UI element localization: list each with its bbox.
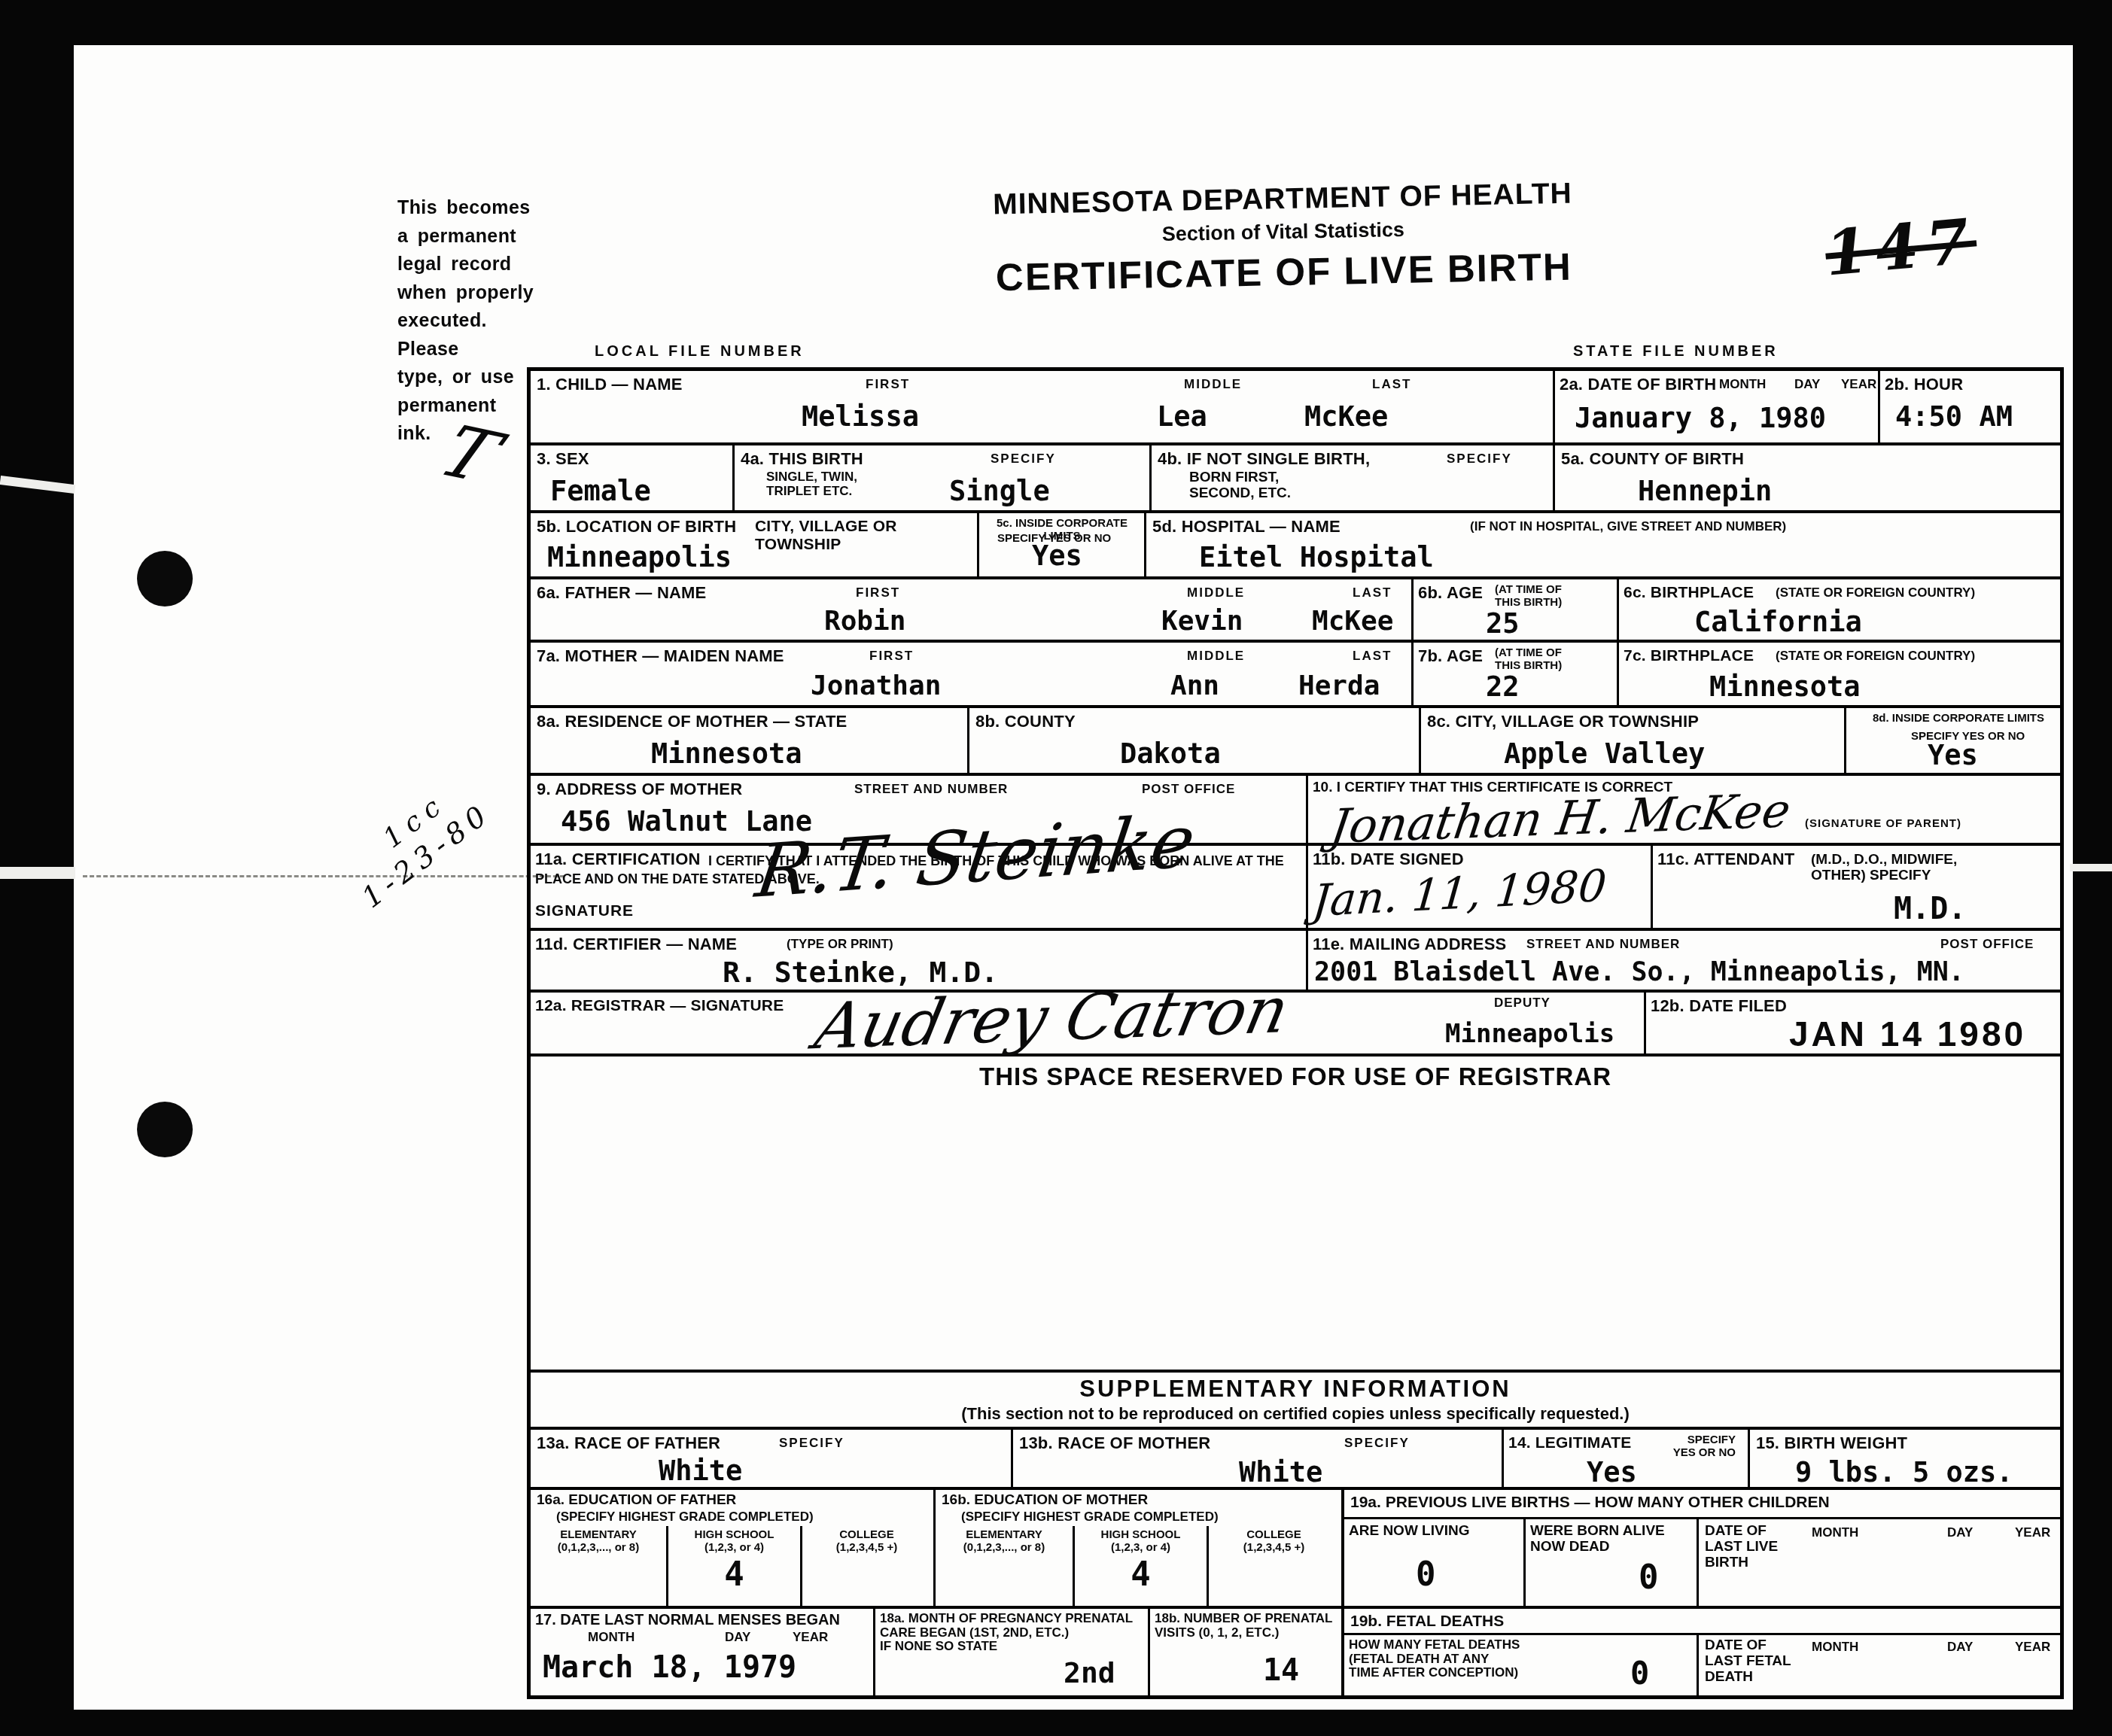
document-header: MINNESOTA DEPARTMENT OF HEALTH Section o… [944,176,1624,300]
this-birth-value: Single [949,477,1050,505]
column-head-year: YEAR [793,1630,828,1644]
column-head: (1,2,3,4,5 +) [1209,1542,1339,1555]
field-label: 7c. BIRTHPLACE [1624,647,1754,665]
field-date-filed: 12b. DATE FILED JAN 14 1980 [1644,993,2068,1053]
bottom-right-block: 19a. PREVIOUS LIVE BIRTHS — HOW MANY OTH… [1341,1490,2060,1695]
field-prenatal-care-began: 18a. MONTH OF PREGNANCY PRENATAL CARE BE… [873,1609,1148,1698]
residence-state-value: Minnesota [651,740,802,768]
attendant-value: M.D. [1894,894,1966,924]
child-middle-name: Lea [1157,403,1207,430]
location-of-birth-value: Minneapolis [547,543,732,571]
column-head-middle: MIDDLE [1187,649,1245,663]
column-head-last: LAST [1353,649,1392,663]
column-head-specify: SPECIFY [991,451,1056,466]
child-last-name: McKee [1304,403,1388,430]
column-head-day: DAY [1947,1640,1973,1654]
field-sublabel: (IF NOT IN HOSPITAL, GIVE STREET AND NUM… [1470,519,1786,534]
father-middle-name: Kevin [1161,608,1243,635]
column-head-post-office: POST OFFICE [1940,937,2034,951]
field-label: ARE NOW LIVING [1349,1524,1469,1540]
county-of-birth-value: Hennepin [1638,477,1772,505]
hole-punch-icon [137,551,193,607]
birth-weight-value: 9 lbs. 5 ozs. [1795,1458,2013,1486]
field-label: 15. BIRTH WEIGHT [1756,1434,1907,1453]
field-race-of-mother: 13b. RACE OF MOTHER SPECIFY White [1011,1430,1502,1487]
field-attendant-certification: 11a. CERTIFICATION I CERTIFY THAT I ATTE… [531,846,1306,928]
field-sublabel: (TYPE OR PRINT) [787,937,893,951]
field-hour: 2b. HOUR 4:50 AM [1878,371,2068,442]
field-label: 12b. DATE FILED [1651,997,1787,1016]
column-head-specify: SPECIFY [1447,451,1512,466]
field-label: 11d. CERTIFIER — NAME [535,935,737,954]
column-head: (0,1,2,3,..., or 8) [936,1542,1073,1555]
field-date-last-menses: 17. DATE LAST NORMAL MENSES BEGAN MONTH … [531,1609,873,1698]
certificate-form: LOCAL FILE NUMBER STATE FILE NUMBER 1. C… [527,340,2064,1699]
field-this-birth: 4a. THIS BIRTH SINGLE, TWIN, TRIPLET ETC… [732,445,1149,510]
column-head: (1,2,3, or 4) [1075,1542,1207,1555]
local-file-number-label: LOCAL FILE NUMBER [595,343,805,360]
column-head-month: MONTH [1719,377,1766,391]
field-label: 19b. FETAL DEATHS [1350,1613,1504,1630]
column-head-day: DAY [725,1630,750,1644]
column-head-specify: SPECIFY [1344,1436,1410,1450]
corporate-limits-birth-value: Yes [1032,542,1082,570]
hour-value: 4:50 AM [1895,403,2013,430]
field-sublabel: CITY, VILLAGE OR TOWNSHIP [755,518,897,553]
field-attendant-type: 11c. ATTENDANT (M.D., D.O., MIDWIFE, OTH… [1651,846,2063,928]
menses-date-value: March 18, 1979 [543,1652,796,1683]
field-residence-city: 8c. CITY, VILLAGE OR TOWNSHIP Apple Vall… [1419,708,1844,773]
field-label: 8b. COUNTY [975,713,1076,731]
column-head-year: YEAR [2015,1525,2050,1540]
field-label: 8c. CITY, VILLAGE OR TOWNSHIP [1427,713,1699,731]
field-label: 6c. BIRTHPLACE [1624,584,1754,602]
column-head-day: DAY [1794,377,1820,391]
field-inside-corporate-limits-residence: 8d. INSIDE CORPORATE LIMITS SPECIFY YES … [1844,708,2068,773]
father-age-value: 25 [1486,610,1520,637]
column-head-year: YEAR [2015,1640,2050,1654]
edu-mother-elementary: ELEMENTARY (0,1,2,3,..., or 8) [936,1526,1073,1606]
deputy-value: Minneapolis [1445,1021,1614,1047]
field-label: 16a. EDUCATION OF FATHER [537,1493,736,1509]
field-mother-birthplace: 7c. BIRTHPLACE (STATE OR FOREIGN COUNTRY… [1617,643,2066,705]
field-label: 1. CHILD — NAME [537,375,683,394]
registrar-signature: Audrey Catron [810,978,1294,1059]
field-location-of-birth: 5b. LOCATION OF BIRTH CITY, VILLAGE OR T… [531,513,977,576]
field-father-birthplace: 6c. BIRTHPLACE (STATE OR FOREIGN COUNTRY… [1617,579,2066,640]
field-sublabel: BORN FIRST, SECOND, ETC. [1189,470,1291,502]
signature-label: SIGNATURE [535,902,634,920]
race-of-mother-value: White [1239,1458,1322,1486]
field-label: 16b. EDUCATION OF MOTHER [942,1493,1148,1509]
column-head: HIGH SCHOOL [1075,1529,1207,1542]
file-number-stamp: 147 [1823,210,1980,284]
field-label: 13a. RACE OF FATHER [537,1434,720,1453]
column-head-month: MONTH [1812,1525,1858,1540]
field-sublabel: SINGLE, TWIN, TRIPLET ETC. [766,470,909,498]
field-sublabel: (AT TIME OF THIS BIRTH) [1495,584,1562,609]
edu-mother-high-school-value: 4 [1075,1558,1207,1592]
prenatal-care-began-value: 2nd [1064,1658,1115,1687]
column-head: (1,2,3,4,5 +) [802,1542,931,1555]
field-hospital-name: 5d. HOSPITAL — NAME (IF NOT IN HOSPITAL,… [1144,513,2062,576]
field-sublabel: (AT TIME OF THIS BIRTH) [1495,647,1562,672]
field-sublabel: (SPECIFY HIGHEST GRADE COMPLETED) [556,1509,814,1524]
field-sublabel: (STATE OR FOREIGN COUNTRY) [1776,649,1975,663]
column-head-middle: MIDDLE [1184,377,1242,391]
column-head-month: MONTH [1812,1640,1858,1654]
father-first-name: Robin [824,608,905,635]
mother-age-value: 22 [1486,673,1520,701]
field-label: 5d. HOSPITAL — NAME [1152,518,1341,537]
edu-mother-high-school: HIGH SCHOOL (1,2,3, or 4) 4 [1073,1526,1207,1606]
column-head: (0,1,2,3,..., or 8) [531,1542,666,1555]
column-head-year: YEAR [1841,377,1876,391]
field-label: 7a. MOTHER — MAIDEN NAME [537,647,784,666]
field-sublabel: CARE BEGAN (1ST, 2ND, ETC.) [880,1626,1148,1640]
field-label: 5a. COUNTY OF BIRTH [1561,450,1744,469]
column-head: ELEMENTARY [936,1529,1073,1542]
child-first-name: Melissa [802,403,919,430]
field-sublabel: IF NONE SO STATE [880,1640,1148,1654]
father-birthplace-value: California [1694,608,1862,636]
supplementary-subtitle: (This section not to be reproduced on ce… [531,1404,2060,1424]
field-label: 18a. MONTH OF PREGNANCY PRENATAL [880,1612,1148,1626]
field-label: 17. DATE LAST NORMAL MENSES BEGAN [535,1612,840,1628]
field-label: 7b. AGE [1418,647,1483,666]
deputy-label: DEPUTY [1494,996,1551,1010]
mailing-address-value: 2001 Blaisdell Ave. So., Minneapolis, MN… [1314,959,1964,986]
field-label: 13b. RACE OF MOTHER [1019,1434,1210,1453]
residence-county-value: Dakota [1120,740,1221,768]
field-county-of-birth: 5a. COUNTY OF BIRTH Hennepin [1553,445,2066,510]
field-label: 2b. HOUR [1885,375,1963,394]
fetal-deaths-value: 0 [1630,1658,1649,1689]
residence-city-value: Apple Valley [1504,740,1705,768]
mother-birthplace-value: Minnesota [1709,673,1860,701]
bottom-left-block: 16a. EDUCATION OF FATHER (SPECIFY HIGHES… [531,1490,1341,1695]
registrar-reserved-space: THIS SPACE RESERVED FOR USE OF REGISTRAR [531,1056,2060,1370]
field-label: 9. ADDRESS OF MOTHER [537,780,742,799]
field-label: 4a. THIS BIRTH [741,450,863,469]
column-head: COLLEGE [1209,1529,1339,1542]
field-sublabel: (M.D., D.O., MIDWIFE, OTHER) SPECIFY [1811,852,1957,884]
field-label: 19a. PREVIOUS LIVE BIRTHS — HOW MANY OTH… [1350,1494,1830,1511]
field-legitimate: 14. LEGITIMATE SPECIFY YES OR NO Yes [1502,1430,1748,1487]
certifier-name-value: R. Steinke, M.D. [723,958,998,987]
scanned-document: This becomes a permanent legal record wh… [0,0,2112,1736]
supplementary-header: SUPPLEMENTARY INFORMATION (This section … [531,1373,2060,1427]
field-children-now-living: ARE NOW LIVING 0 [1344,1519,1523,1606]
column-head-street: STREET AND NUMBER [854,782,1008,796]
scan-streak [0,867,75,879]
field-label: 5b. LOCATION OF BIRTH [537,518,736,537]
column-head-last: LAST [1353,585,1392,600]
column-head-last: LAST [1372,377,1411,391]
field-sublabel: (STATE OR FOREIGN COUNTRY) [1776,585,1975,600]
supplementary-title: SUPPLEMENTARY INFORMATION [531,1376,2060,1403]
mother-last-name: Herda [1298,673,1380,700]
field-child-name: 1. CHILD — NAME FIRST MIDDLE LAST Meliss… [531,371,1553,442]
column-head-specify: SPECIFY [779,1436,844,1450]
field-label: WERE BORN ALIVE NOW DEAD [1530,1524,1665,1555]
scan-streak [0,476,75,494]
field-label: 11e. MAILING ADDRESS [1313,935,1506,954]
field-sex: 3. SEX Female [531,445,732,510]
children-now-living-value: 0 [1416,1558,1436,1592]
fetal-deaths-header: 19b. FETAL DEATHS [1344,1606,2060,1633]
mother-middle-name: Ann [1170,673,1219,700]
field-if-not-single-birth: 4b. IF NOT SINGLE BIRTH, BORN FIRST, SEC… [1149,445,1553,510]
field-birth-weight: 15. BIRTH WEIGHT 9 lbs. 5 ozs. [1748,1430,2060,1487]
column-head: COLLEGE [802,1529,931,1542]
field-date-signed: 11b. DATE SIGNED Jan. 11, 1980 [1306,846,1651,928]
field-label: DATE OF LAST FETAL DEATH [1705,1638,1791,1686]
column-head-month: MONTH [588,1630,635,1644]
field-label: DATE OF LAST LIVE BIRTH [1705,1524,1778,1571]
edu-father-high-school: HIGH SCHOOL (1,2,3, or 4) 4 [666,1526,800,1606]
field-date-of-birth: 2a. DATE OF BIRTH MONTH DAY YEAR January… [1553,371,1878,442]
field-label: 8a. RESIDENCE OF MOTHER — STATE [537,713,847,731]
field-education-of-mother: 16b. EDUCATION OF MOTHER (SPECIFY HIGHES… [933,1490,1341,1606]
field-label: HOW MANY FETAL DEATHS (FETAL DEATH AT AN… [1349,1638,1520,1680]
date-signed-value: Jan. 11, 1980 [1311,864,1608,923]
field-sublabel: VISITS (0, 1, 2, ETC.) [1155,1626,1341,1640]
field-label: 2a. DATE OF BIRTH [1560,375,1716,394]
edu-mother-college: COLLEGE (1,2,3,4,5 +) [1207,1526,1339,1606]
column-head-post-office: POST OFFICE [1142,782,1235,796]
field-label: 12a. REGISTRAR — SIGNATURE [535,997,784,1015]
prenatal-visits-value: 14 [1263,1655,1299,1686]
column-head-street: STREET AND NUMBER [1526,937,1680,951]
column-head-first: FIRST [869,649,914,663]
edu-father-high-school-value: 4 [668,1558,800,1592]
field-father-name: 6a. FATHER — NAME FIRST MIDDLE LAST Robi… [531,579,1411,640]
form-grid: 1. CHILD — NAME FIRST MIDDLE LAST Meliss… [527,367,2064,1699]
date-filed-stamp: JAN 14 1980 [1789,1014,2026,1054]
legitimate-value: Yes [1587,1458,1637,1486]
corporate-limits-residence-value: Yes [1928,741,1978,769]
column-head: HIGH SCHOOL [668,1529,800,1542]
parent-signature: Jonathan H. McKee [1328,787,1794,850]
date-of-birth-value: January 8, 1980 [1575,404,1826,432]
born-alive-now-dead-value: 0 [1639,1561,1659,1595]
field-mother-age: 7b. AGE (AT TIME OF THIS BIRTH) 22 [1411,643,1617,705]
edu-father-college: COLLEGE (1,2,3,4,5 +) [800,1526,931,1606]
field-residence-state: 8a. RESIDENCE OF MOTHER — STATE Minnesot… [531,708,967,773]
hospital-name-value: Eitel Hospital [1199,543,1434,571]
field-registrar-signature: 12a. REGISTRAR — SIGNATURE Audrey Catron… [531,993,1644,1053]
sex-value: Female [550,477,651,505]
field-label: 18b. NUMBER OF PRENATAL [1155,1612,1341,1626]
state-file-number-label: STATE FILE NUMBER [1573,343,1779,360]
field-prenatal-visits: 18b. NUMBER OF PRENATAL VISITS (0, 1, 2,… [1148,1609,1341,1698]
field-label: 6a. FATHER — NAME [537,584,706,603]
field-parent-certification: 10. I CERTIFY THAT THIS CERTIFICATE IS C… [1306,776,2068,843]
field-mailing-address: 11e. MAILING ADDRESS STREET AND NUMBER P… [1306,931,2068,990]
column-head-first: FIRST [866,377,910,391]
field-label: 8d. INSIDE CORPORATE LIMITS [1857,713,2060,725]
column-head-day: DAY [1947,1525,1973,1540]
column-head-middle: MIDDLE [1187,585,1245,600]
field-father-age: 6b. AGE (AT TIME OF THIS BIRTH) 25 [1411,579,1617,640]
field-label: 4b. IF NOT SINGLE BIRTH, [1158,450,1370,469]
hole-punch-icon [137,1102,193,1157]
signature-of-parent-label: (SIGNATURE OF PARENT) [1805,818,1961,831]
field-label: 14. LEGITIMATE [1508,1434,1631,1452]
field-how-many-fetal-deaths: HOW MANY FETAL DEATHS (FETAL DEATH AT AN… [1344,1635,1697,1695]
field-education-of-father: 16a. EDUCATION OF FATHER (SPECIFY HIGHES… [531,1490,933,1606]
field-mother-maiden-name: 7a. MOTHER — MAIDEN NAME FIRST MIDDLE LA… [531,643,1411,705]
column-head: ELEMENTARY [531,1529,666,1542]
column-head: (1,2,3, or 4) [668,1542,800,1555]
mother-first-name: Jonathan [811,673,941,700]
field-date-last-live-birth: DATE OF LAST LIVE BIRTH MONTH DAY YEAR [1697,1519,2063,1606]
race-of-father-value: White [659,1457,742,1485]
field-race-of-father: 13a. RACE OF FATHER SPECIFY White [531,1430,1011,1487]
field-date-last-fetal-death: DATE OF LAST FETAL DEATH MONTH DAY YEAR [1697,1635,2063,1695]
father-last-name: McKee [1312,608,1393,635]
field-label: 3. SEX [537,450,589,469]
fold-line [83,875,565,877]
field-sublabel: SPECIFY YES OR NO [1638,1434,1736,1459]
column-head-first: FIRST [856,585,900,600]
field-residence-county: 8b. COUNTY Dakota [967,708,1419,773]
field-born-alive-now-dead: WERE BORN ALIVE NOW DEAD 0 [1523,1519,1697,1606]
registrar-space-title: THIS SPACE RESERVED FOR USE OF REGISTRAR [531,1063,2060,1091]
edu-father-elementary: ELEMENTARY (0,1,2,3,..., or 8) [531,1526,666,1606]
field-inside-corporate-limits-birth: 5c. INSIDE CORPORATE LIMITS SPECIFY YES … [977,513,1144,576]
field-sublabel: (SPECIFY HIGHEST GRADE COMPLETED) [961,1509,1219,1524]
field-label: 6b. AGE [1418,584,1483,603]
scan-streak [2070,864,2112,871]
field-label: 11c. ATTENDANT [1657,850,1795,869]
previous-live-births-header: 19a. PREVIOUS LIVE BIRTHS — HOW MANY OTH… [1344,1490,2060,1517]
